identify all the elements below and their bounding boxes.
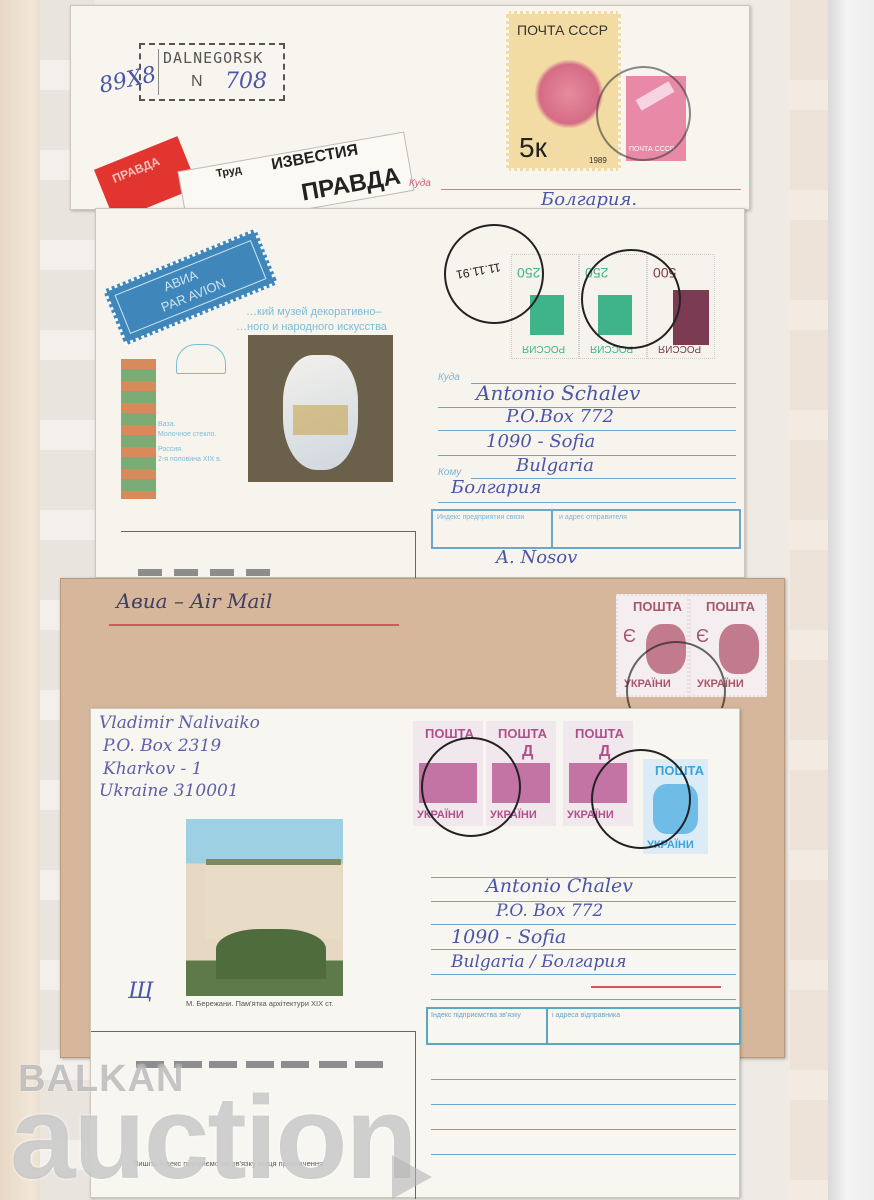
watermark-auction: auction [10, 1070, 416, 1200]
museum-building-icon [176, 344, 226, 374]
floral-ornament [121, 359, 156, 499]
newspapers-illustration: ПРАВДА Труд ИЗВЕСТИЯ ПРАВДА [101, 131, 401, 209]
album-page-right [790, 0, 830, 1200]
envelope-2: АВИА PAR AVION …кий музей декоративно– …… [95, 208, 745, 578]
initials: Щ [128, 979, 153, 1004]
postmark-2 [591, 749, 691, 849]
envelope-1: DALNEGORSK N 708 89Х8 ПРАВДА Труд ИЗВЕСТ… [70, 5, 750, 210]
address-line: Болгария. [541, 189, 637, 210]
registration-prefix: N [191, 73, 203, 91]
vase-photo [248, 335, 393, 482]
watermark-arrow-icon [392, 1155, 432, 1199]
museum-heading-1: …кий музей декоративно– [246, 306, 382, 318]
registration-label: DALNEGORSK N 708 [139, 43, 285, 101]
museum-heading-2: …ного и народного искусства [236, 321, 387, 333]
postmark-2 [581, 249, 681, 349]
building-photo [186, 819, 343, 996]
album-edge [828, 0, 874, 1200]
sender-index-box: Індекс підприємства зв'язку і адреса від… [426, 1007, 741, 1045]
airmail-note: Авиа – Air Mail [116, 589, 272, 613]
to-label: Куда [409, 178, 431, 189]
image-caption: М. Бережани. Пам'ятка архітектури XIX ст… [186, 999, 334, 1008]
sender-name: A. Nosov [496, 547, 577, 568]
postmark [596, 66, 691, 161]
sender-index-box: Индекс предприятия связи и адрес отправи… [431, 509, 741, 549]
postmark-1 [421, 737, 521, 837]
lily-flower-icon [534, 59, 604, 129]
registration-city: DALNEGORSK [163, 49, 263, 67]
to-label: Куда [438, 372, 460, 383]
registration-number: 708 [225, 69, 267, 94]
